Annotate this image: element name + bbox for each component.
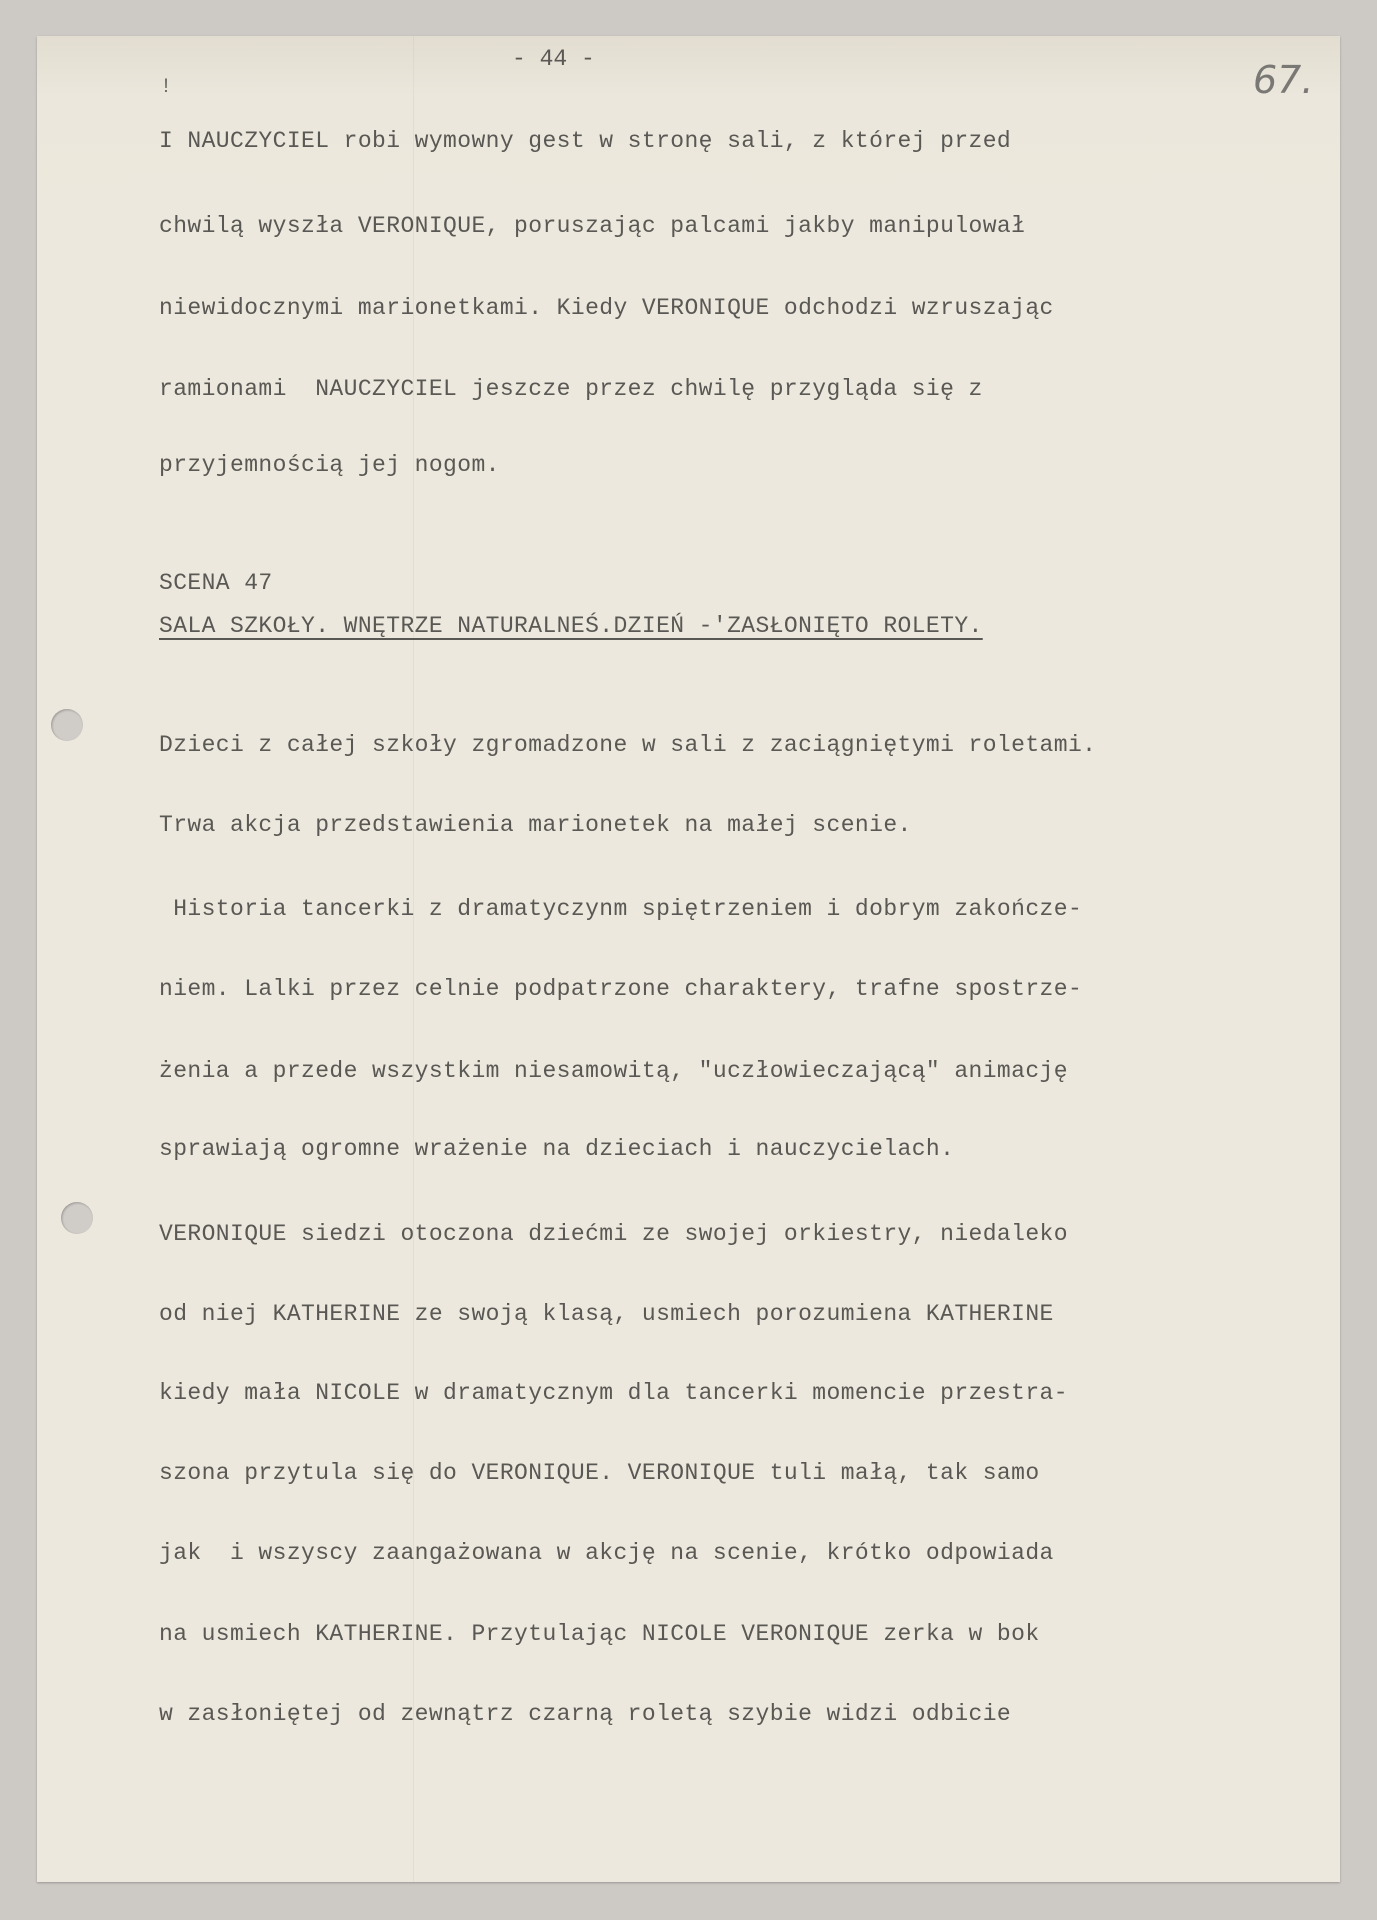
- text-line: przyjemnością jej nogom.: [159, 452, 500, 478]
- text-line: Historia tancerki z dramatyczynm spiętrz…: [159, 896, 1082, 922]
- text-line: VERONIQUE siedzi otoczona dziećmi ze swo…: [159, 1221, 1068, 1247]
- text-line: niem. Lalki przez celnie podpatrzone cha…: [159, 976, 1082, 1002]
- margin-mark: !: [160, 76, 172, 99]
- text-line: niewidocznymi marionetkami. Kiedy VERONI…: [159, 295, 1054, 321]
- punch-hole-bottom: [61, 1202, 93, 1234]
- text-line: na usmiech KATHERINE. Przytulając NICOLE…: [159, 1621, 1040, 1647]
- text-line: sprawiają ogromne wrażenie na dzieciach …: [159, 1136, 954, 1162]
- text-line: Trwa akcja przedstawienia marionetek na …: [159, 812, 912, 838]
- text-line: ramionami NAUCZYCIEL jeszcze przez chwil…: [159, 376, 983, 402]
- text-line: kiedy mała NICOLE w dramatycznym dla tan…: [159, 1380, 1068, 1406]
- text-line: I NAUCZYCIEL robi wymowny gest w stronę …: [159, 128, 1011, 154]
- text-line: od niej KATHERINE ze swoją klasą, usmiec…: [159, 1301, 1054, 1327]
- text-line: Dzieci z całej szkoły zgromadzone w sali…: [159, 732, 1096, 758]
- scene-subtitle: SALA SZKOŁY. WNĘTRZE NATURALNEŚ.DZIEŃ -'…: [159, 613, 983, 639]
- punch-hole-top: [51, 709, 83, 741]
- text-line: w zasłoniętej od zewnątrz czarną roletą …: [159, 1701, 1011, 1727]
- text-line: chwilą wyszła VERONIQUE, poruszając palc…: [159, 213, 1025, 239]
- handwritten-folio-number: 67.: [1253, 58, 1313, 102]
- text-line: żenia a przede wszystkim niesamowitą, "u…: [159, 1058, 1068, 1084]
- scene-title: SCENA 47: [159, 570, 273, 596]
- page-number: - 44 -: [512, 46, 595, 72]
- text-line: jak i wszyscy zaangażowana w akcję na sc…: [159, 1540, 1054, 1566]
- text-line: szona przytula się do VERONIQUE. VERONIQ…: [159, 1460, 1040, 1486]
